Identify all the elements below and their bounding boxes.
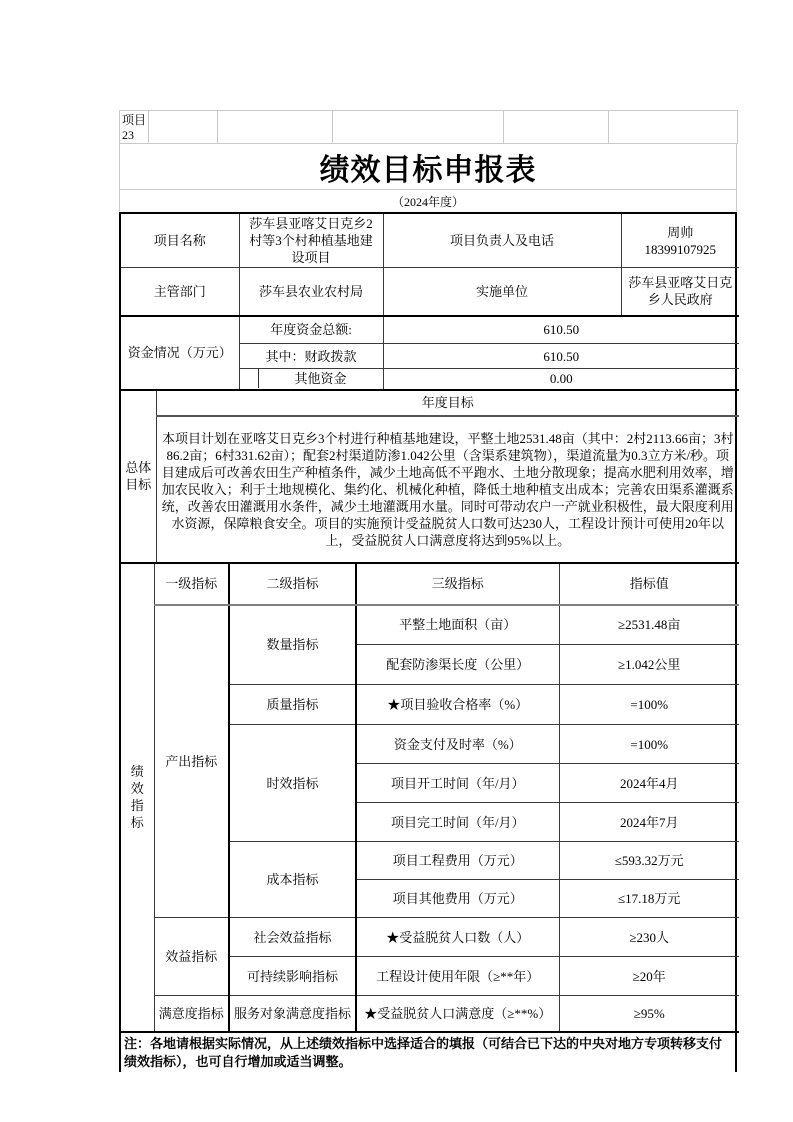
indicator-value: ≤593.32万元 xyxy=(559,842,739,880)
form-subtitle: （2024年度） xyxy=(120,190,736,212)
header-value: 指标值 xyxy=(559,564,739,605)
indicator-name: 资金支付及时率（%） xyxy=(356,725,559,764)
goal-table: 总体目标 年度目标 本项目计划在亚喀艾日克乡3个村进行种植基地建设，平整土地25… xyxy=(121,391,739,564)
funding-other-label: 其他资金 xyxy=(258,369,383,388)
indicator-value: 2024年4月 xyxy=(559,764,739,803)
indicator-name: 项目工程费用（万元） xyxy=(356,842,559,880)
level2-sustain: 可持续影响指标 xyxy=(229,957,356,996)
level1-output: 产出指标 xyxy=(154,605,229,918)
indicator-value: ≥2531.48亩 xyxy=(559,605,739,645)
project-name-value: 莎车县亚喀艾日克乡2村等3个村种植基地建设项目 xyxy=(239,214,383,268)
manager-label: 项目负责人及电话 xyxy=(383,214,621,268)
indicator-value: ≥1.042公里 xyxy=(559,645,739,685)
grid-cell-empty xyxy=(149,111,218,144)
footnote: 注：各地请根据实际情况，从上述绩效指标中选择适合的填报（可结合已下达的中央对地方… xyxy=(121,1033,735,1072)
annual-goal-header: 年度目标 xyxy=(156,391,739,416)
level2-service: 服务对象满意度指标 xyxy=(229,996,356,1032)
indicator-name: ★项目验收合格率（%） xyxy=(356,685,559,725)
indicator-name: 项目开工时间（年/月） xyxy=(356,764,559,803)
overall-goal-label: 总体目标 xyxy=(121,391,156,563)
funding-total-label: 年度资金总额: xyxy=(239,317,383,344)
indicator-value: ≥95% xyxy=(559,996,739,1032)
info-table: 项目名称 莎车县亚喀艾日克乡2村等3个村种植基地建设项目 项目负责人及电话 周帅… xyxy=(121,214,739,317)
top-grid-row: 项目23 xyxy=(119,110,738,144)
project-tag-cell: 项目23 xyxy=(120,111,149,144)
indicator-name: 项目其他费用（万元） xyxy=(356,880,559,918)
form-page: 项目23 绩效目标申报表 （2024年度） 项目名称 莎车县亚喀艾日克乡2村等3… xyxy=(0,0,793,1122)
indicator-name: ★受益脱贫人口数（人） xyxy=(356,918,559,957)
header-level1: 一级指标 xyxy=(154,564,229,605)
level1-satisfaction: 满意度指标 xyxy=(154,996,229,1032)
indicator-value: =100% xyxy=(559,725,739,764)
grid-cell-empty xyxy=(333,111,504,144)
manager-value: 周帅 18399107925 xyxy=(621,214,739,268)
funding-fiscal-label: 其中：财政拨款 xyxy=(239,344,383,369)
impl-unit-value: 莎车县亚喀艾日克乡人民政府 xyxy=(621,268,739,316)
annual-goal-text: 本项目计划在亚喀艾日克乡3个村进行种植基地建设，平整土地2531.48亩（其中：… xyxy=(156,416,739,563)
indicators-table: 绩效指标 一级指标 二级指标 三级指标 指标值 产出指标 数量指标 平整土地面积… xyxy=(121,564,739,1033)
project-name-label: 项目名称 xyxy=(121,214,239,268)
funding-table: 资金情况（万元） 年度资金总额: 610.50 其中：财政拨款 610.50 其… xyxy=(121,317,739,391)
indicator-value: =100% xyxy=(559,685,739,725)
funding-section-label: 资金情况（万元） xyxy=(121,317,239,390)
header-level3: 三级指标 xyxy=(356,564,559,605)
indicator-name: 工程设计使用年限（≥**年） xyxy=(356,957,559,996)
dept-value: 莎车县农业农村局 xyxy=(239,268,383,316)
sheet: 项目23 绩效目标申报表 （2024年度） 项目名称 莎车县亚喀艾日克乡2村等3… xyxy=(119,110,737,1072)
form-table: 项目名称 莎车县亚喀艾日克乡2村等3个村种植基地建设项目 项目负责人及电话 周帅… xyxy=(119,212,737,1072)
indicator-name: 项目完工时间（年/月） xyxy=(356,803,559,842)
grid-cell-empty xyxy=(218,111,333,144)
indicator-value: ≤17.18万元 xyxy=(559,880,739,918)
grid-cell-empty xyxy=(504,111,609,144)
funding-other-value: 0.00 xyxy=(383,369,739,390)
level2-quantity: 数量指标 xyxy=(229,605,356,685)
indicator-value: ≥20年 xyxy=(559,957,739,996)
header-level2: 二级指标 xyxy=(229,564,356,605)
indicator-value: 2024年7月 xyxy=(559,803,739,842)
form-title: 绩效目标申报表 xyxy=(120,144,736,190)
level1-benefit: 效益指标 xyxy=(154,918,229,996)
indicator-name: 配套防渗渠长度（公里） xyxy=(356,645,559,685)
level2-quality: 质量指标 xyxy=(229,685,356,725)
level2-social: 社会效益指标 xyxy=(229,918,356,957)
indicator-name: ★受益脱贫人口满意度（≥**%） xyxy=(356,996,559,1032)
dept-label: 主管部门 xyxy=(121,268,239,316)
funding-fiscal-value: 610.50 xyxy=(383,344,739,369)
indicator-name: 平整土地面积（亩） xyxy=(356,605,559,645)
funding-total-value: 610.50 xyxy=(383,317,739,344)
indicator-value: ≥230人 xyxy=(559,918,739,957)
impl-unit-label: 实施单位 xyxy=(383,268,621,316)
level2-cost: 成本指标 xyxy=(229,842,356,918)
level2-timeliness: 时效指标 xyxy=(229,725,356,842)
grid-cell-empty xyxy=(609,111,738,144)
title-block: 绩效目标申报表 （2024年度） xyxy=(119,144,737,212)
performance-indicators-label: 绩效指标 xyxy=(121,564,154,1032)
funding-other-label-cell: 其他资金 xyxy=(239,369,383,390)
